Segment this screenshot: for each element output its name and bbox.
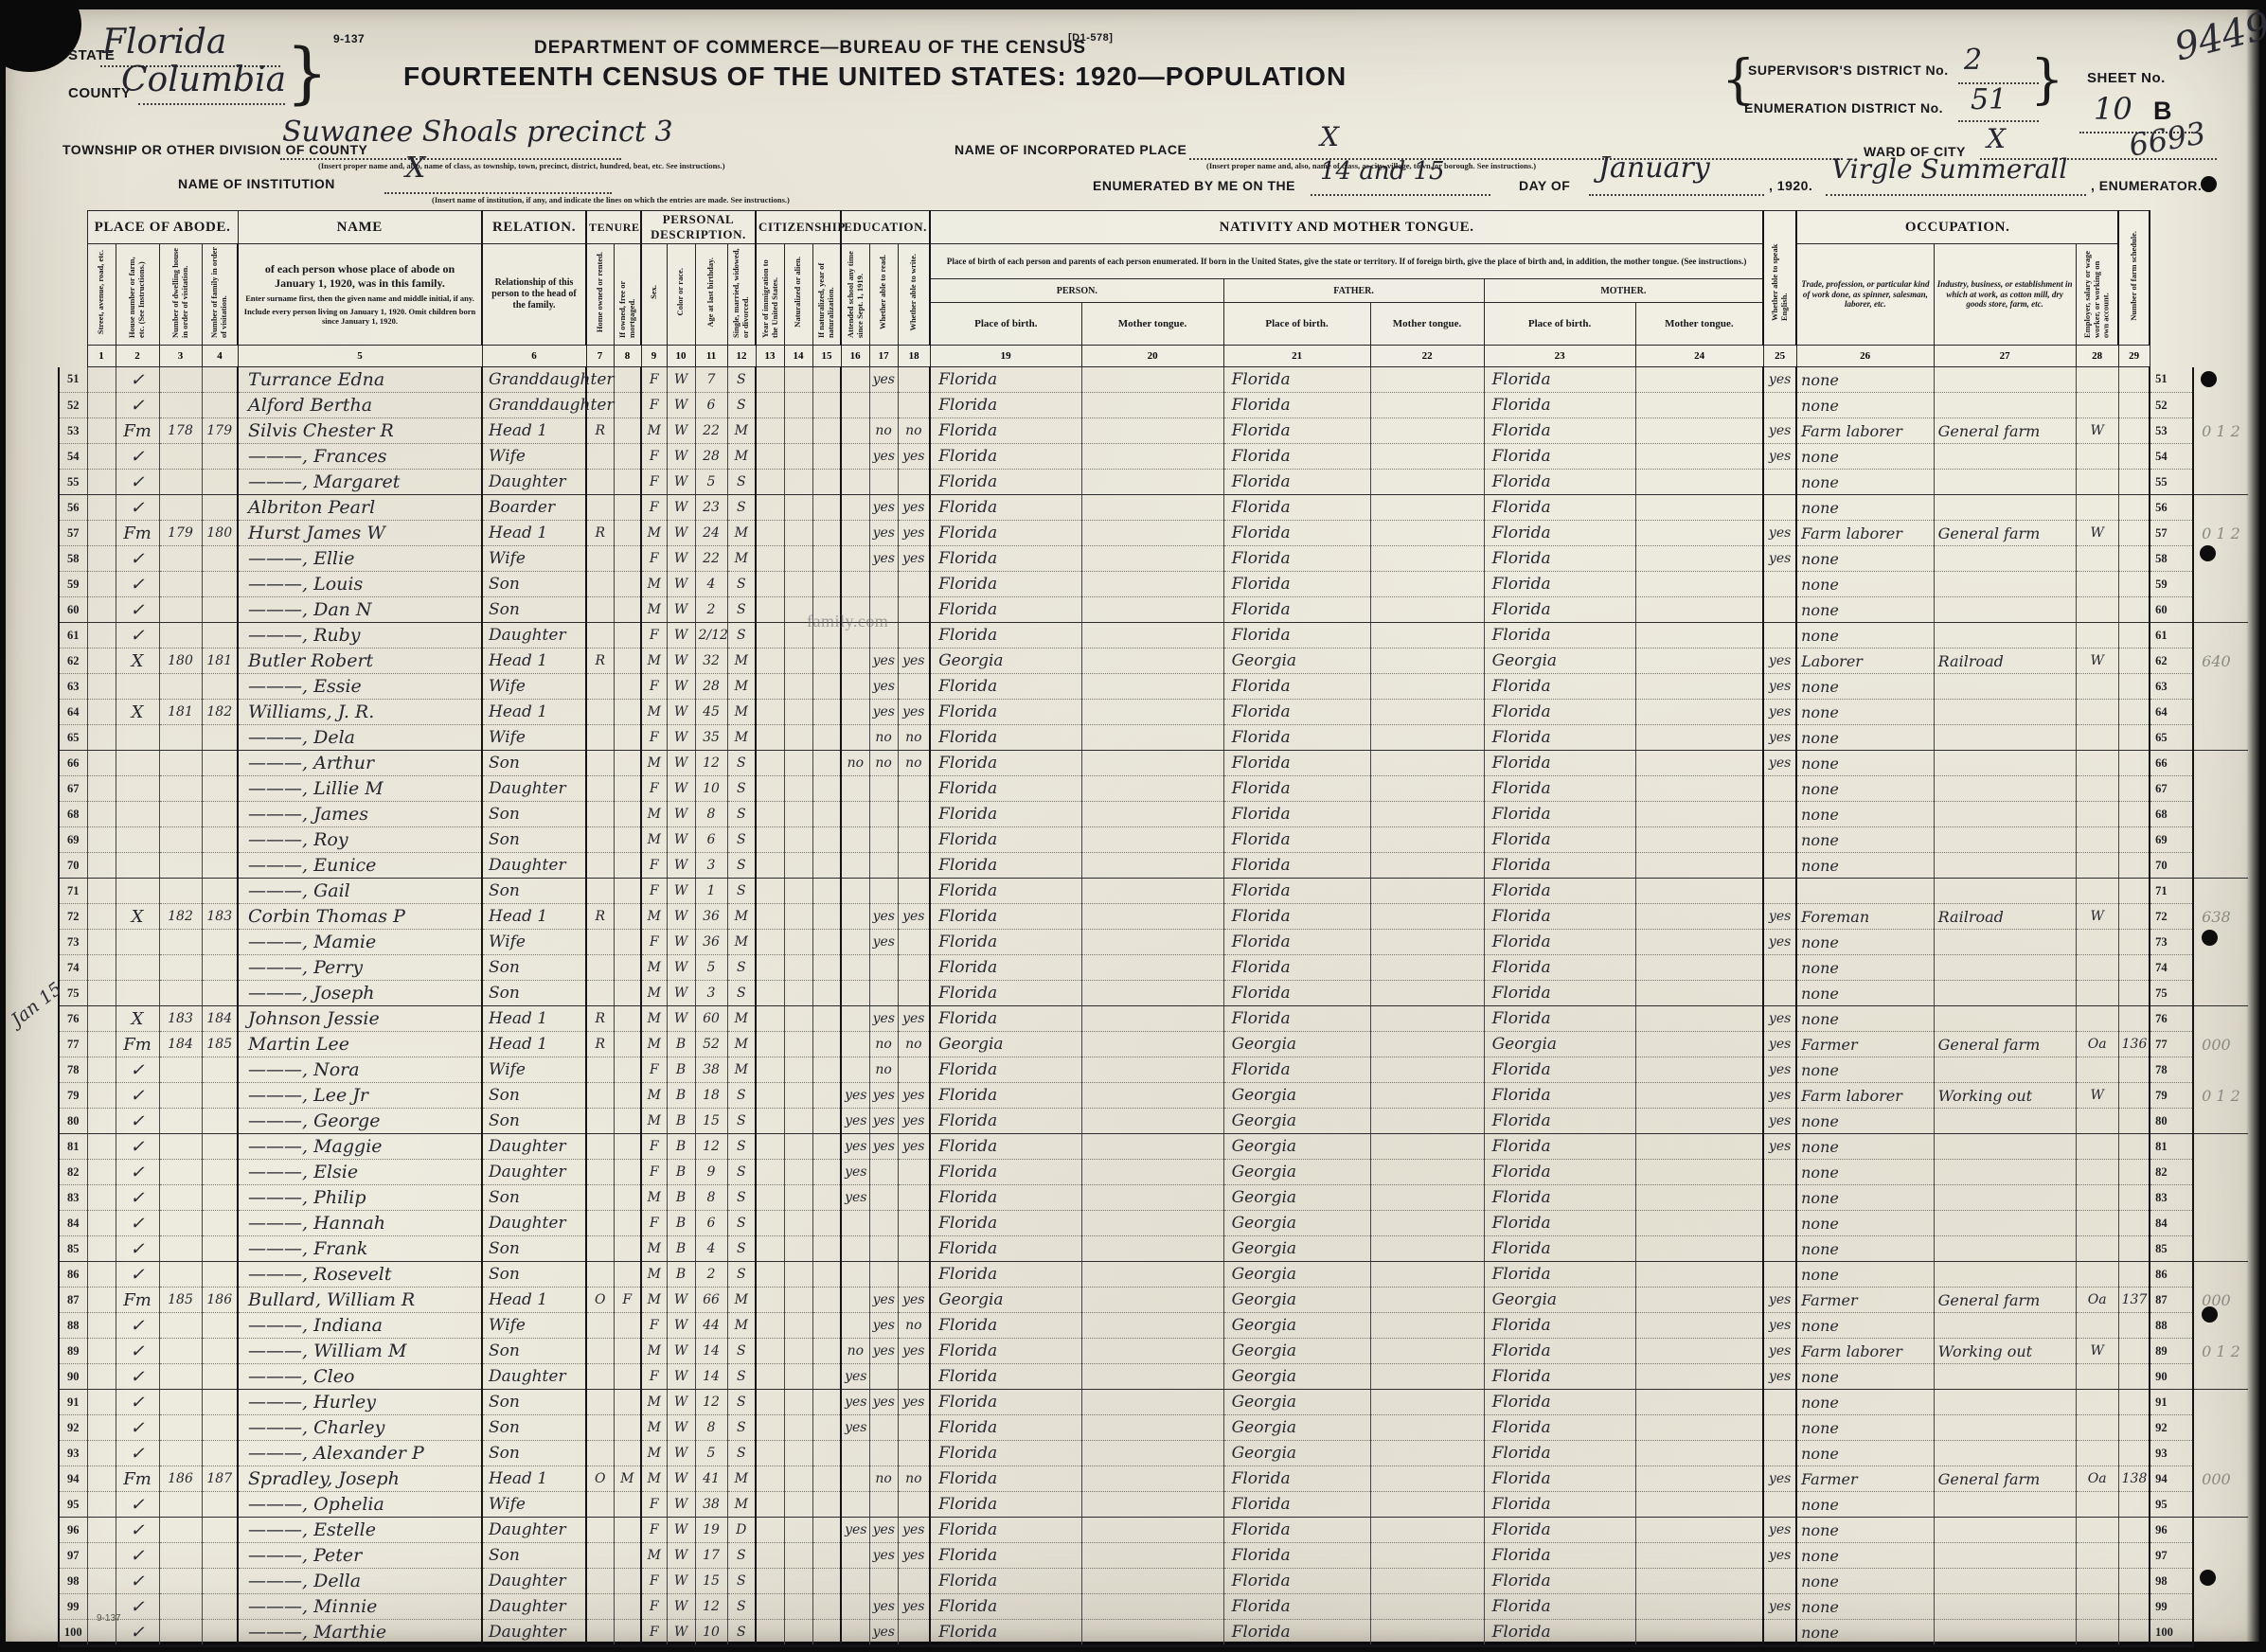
cell-employer-class [2076, 1569, 2118, 1594]
cell-naturalized [784, 879, 812, 904]
cell-mother-mother-tongue [1635, 1160, 1763, 1185]
paper-sheet: 9-137 [D1-578] STATE Florida COUNTY Colu… [6, 9, 2259, 1642]
cell-naturalization-year [812, 981, 841, 1006]
cell-person-mother-tongue [1081, 1339, 1223, 1364]
cell-relation: Head 1 [482, 418, 586, 444]
cell-house-number [116, 879, 159, 904]
cell-naturalization-year [812, 1083, 841, 1109]
cell-employer-class: W [2076, 521, 2118, 546]
cell-person-mother-tongue [1081, 904, 1223, 930]
cell-house-number [116, 981, 159, 1006]
pencil-margin-note: 0 1 2 [2193, 1339, 2248, 1364]
pencil-margin-note [2193, 1236, 2248, 1262]
cell-father-mother-tongue [1370, 1288, 1484, 1313]
cell-marital-status: D [727, 1518, 756, 1543]
cell-marital-status: S [727, 879, 756, 904]
district-brace-right: } [2030, 49, 2064, 111]
cell-home-owned-rented [586, 1415, 614, 1441]
cell-able-to-write [898, 1211, 930, 1236]
cell-person-birthplace: Florida [930, 879, 1081, 904]
cell-owned-free-mortgaged [614, 1109, 641, 1134]
line-number-right: 98 [2150, 1569, 2193, 1594]
cell-owned-free-mortgaged [614, 1032, 641, 1057]
cell-person-birthplace: Florida [930, 1160, 1081, 1185]
line-number-left: 65 [59, 725, 87, 751]
cell-attended-school [841, 930, 869, 955]
punch-hole [2200, 545, 2216, 561]
column-number-26: 26 [1796, 346, 1934, 367]
cell-age: 2 [695, 1262, 727, 1288]
cell-person-birthplace: Florida [930, 751, 1081, 776]
cell-dwelling-number [159, 879, 202, 904]
cell-speak-english [1763, 1236, 1796, 1262]
cell-person-mother-tongue [1081, 1288, 1223, 1313]
cell-family-number [202, 930, 238, 955]
column-number-4: 4 [202, 346, 238, 367]
column-number-11: 11 [695, 346, 727, 367]
cell-dwelling-number [159, 1262, 202, 1288]
cell-mother-mother-tongue [1635, 904, 1763, 930]
cell-house-number [116, 751, 159, 776]
cell-able-to-write [898, 930, 930, 955]
cell-occupation [1796, 879, 1934, 904]
cell-naturalization-year [812, 470, 841, 495]
cell-mother-mother-tongue [1635, 1134, 1763, 1160]
cell-home-owned-rented [586, 1134, 614, 1160]
cell-attended-school: yes [841, 1185, 869, 1211]
cell-home-owned-rented: R [586, 648, 614, 674]
cell-person-mother-tongue [1081, 1594, 1223, 1620]
person-mother-tongue-header: Mother tongue. [1081, 303, 1223, 346]
cell-color-race: B [667, 1057, 695, 1083]
cell-able-to-write: yes [898, 1594, 930, 1620]
cell-dwelling-number [159, 1441, 202, 1466]
census-row-line-86: 86✓———, RoseveltSonMB2SFloridaGeorgiaFlo… [59, 1262, 2248, 1288]
pencil-margin-note [2193, 1594, 2248, 1620]
cell-color-race: W [667, 1518, 695, 1543]
pencil-margin-header [2193, 211, 2248, 367]
cell-immigration-year [756, 367, 784, 393]
cell-employer-class [2076, 572, 2118, 597]
cell-color-race: W [667, 1288, 695, 1313]
cell-mother-mother-tongue [1635, 546, 1763, 572]
cell-farm-schedule [2118, 444, 2150, 470]
cell-dwelling-number [159, 1364, 202, 1390]
cell-speak-english: yes [1763, 1466, 1796, 1492]
census-row-line-56: 56✓Albriton PearlBoarderFW23SyesyesFlori… [59, 495, 2248, 521]
cell-father-mother-tongue [1370, 674, 1484, 700]
cell-industry [1934, 572, 2076, 597]
cell-street [87, 853, 116, 879]
cell-mother-mother-tongue [1635, 1083, 1763, 1109]
cell-industry: General farm [1934, 1466, 2076, 1492]
ward-value: X [1987, 123, 2006, 154]
cell-owned-free-mortgaged [614, 1083, 641, 1109]
cell-sex: M [641, 1390, 667, 1415]
punch-hole [2201, 176, 2217, 192]
cell-naturalization-year [812, 1160, 841, 1185]
line-number-right: 52 [2150, 393, 2193, 418]
cell-father-mother-tongue [1370, 776, 1484, 802]
cell-person-mother-tongue [1081, 495, 1223, 521]
cell-industry [1934, 1390, 2076, 1415]
cell-marital-status: S [727, 1620, 756, 1646]
cell-home-owned-rented [586, 674, 614, 700]
cell-naturalized [784, 1543, 812, 1569]
cell-farm-schedule [2118, 1415, 2150, 1441]
line-number-right: 97 [2150, 1543, 2193, 1569]
cell-mother-mother-tongue [1635, 1492, 1763, 1518]
nativity-description: Place of birth of each person and parent… [930, 244, 1763, 279]
cell-relation: Wife [482, 1492, 586, 1518]
cell-age: 15 [695, 1569, 727, 1594]
cell-naturalized [784, 1594, 812, 1620]
cell-house-number: ✓ [116, 1441, 159, 1466]
cell-name: ———, William M [238, 1339, 482, 1364]
cell-immigration-year [756, 597, 784, 623]
cell-employer-class [2076, 623, 2118, 648]
cell-immigration-year [756, 1313, 784, 1339]
cell-naturalization-year [812, 546, 841, 572]
cell-mother-mother-tongue [1635, 1620, 1763, 1646]
cell-able-to-write [898, 1185, 930, 1211]
cell-owned-free-mortgaged [614, 1594, 641, 1620]
cell-family-number [202, 1569, 238, 1594]
cell-marital-status: S [727, 1569, 756, 1594]
cell-person-birthplace: Florida [930, 444, 1081, 470]
cell-naturalized [784, 700, 812, 725]
cell-family-number [202, 470, 238, 495]
cell-attended-school [841, 853, 869, 879]
cell-naturalized [784, 521, 812, 546]
cell-naturalization-year [812, 1057, 841, 1083]
cell-speak-english [1763, 1569, 1796, 1594]
day-of-label: DAY OF [1519, 178, 1570, 193]
cell-name: ———, Marthie [238, 1620, 482, 1646]
cell-person-birthplace: Florida [930, 1057, 1081, 1083]
cell-sex: M [641, 1032, 667, 1057]
cell-street [87, 648, 116, 674]
cell-farm-schedule [2118, 1109, 2150, 1134]
cell-father-birthplace: Florida [1223, 546, 1370, 572]
cell-immigration-year [756, 1083, 784, 1109]
cell-mother-birthplace: Florida [1484, 751, 1635, 776]
cell-father-mother-tongue [1370, 751, 1484, 776]
cell-relation: Daughter [482, 470, 586, 495]
cell-house-number: ✓ [116, 1339, 159, 1364]
cell-person-mother-tongue [1081, 981, 1223, 1006]
institution-label: NAME OF INSTITUTION [178, 176, 335, 191]
cell-able-to-write [898, 955, 930, 981]
cell-able-to-read [869, 776, 898, 802]
cell-naturalized [784, 1313, 812, 1339]
cell-family-number [202, 572, 238, 597]
column-number-29: 29 [2118, 346, 2150, 367]
cell-naturalization-year [812, 1441, 841, 1466]
cell-farm-schedule [2118, 802, 2150, 827]
cell-mother-mother-tongue [1635, 1364, 1763, 1390]
cell-street [87, 776, 116, 802]
cell-relation: Daughter [482, 776, 586, 802]
cell-employer-class [2076, 1543, 2118, 1569]
cell-industry [1934, 495, 2076, 521]
cell-employer-class [2076, 1262, 2118, 1288]
sheet-label: SHEET No. [2087, 70, 2166, 86]
cell-immigration-year [756, 1518, 784, 1543]
cell-employer-class [2076, 1390, 2118, 1415]
cell-person-birthplace: Florida [930, 1415, 1081, 1441]
cell-attended-school: yes [841, 1364, 869, 1390]
cell-attended-school: yes [841, 1160, 869, 1185]
cell-able-to-write: yes [898, 1518, 930, 1543]
cell-person-birthplace: Florida [930, 1620, 1081, 1646]
cell-name: ———, Ruby [238, 623, 482, 648]
cell-relation: Daughter [482, 1594, 586, 1620]
cell-occupation: none [1796, 1236, 1934, 1262]
cell-father-mother-tongue [1370, 1236, 1484, 1262]
column-number-19: 19 [930, 346, 1081, 367]
cell-employer-class [2076, 470, 2118, 495]
cell-age: 6 [695, 393, 727, 418]
cell-color-race: W [667, 1339, 695, 1364]
census-row-line-70: 70———, EuniceDaughterFW3SFloridaFloridaF… [59, 853, 2248, 879]
line-number-left: 69 [59, 827, 87, 853]
cell-color-race: W [667, 1415, 695, 1441]
year-label: , 1920. [1769, 178, 1812, 193]
cell-father-birthplace: Florida [1223, 1057, 1370, 1083]
cell-street [87, 1364, 116, 1390]
cell-able-to-read: yes [869, 1006, 898, 1032]
cell-age: 10 [695, 1620, 727, 1646]
cell-able-to-write: yes [898, 1339, 930, 1364]
cell-owned-free-mortgaged [614, 393, 641, 418]
cell-naturalized [784, 1518, 812, 1543]
cell-name: ———, Lee Jr [238, 1083, 482, 1109]
cell-street [87, 1160, 116, 1185]
cell-home-owned-rented [586, 1620, 614, 1646]
cell-sex: F [641, 1518, 667, 1543]
cell-color-race: W [667, 1569, 695, 1594]
cell-able-to-read: no [869, 1466, 898, 1492]
cell-age: 66 [695, 1288, 727, 1313]
cell-mother-mother-tongue [1635, 674, 1763, 700]
cell-father-mother-tongue [1370, 393, 1484, 418]
cell-person-birthplace: Florida [930, 1109, 1081, 1134]
column-number-8: 8 [614, 346, 641, 367]
cell-farm-schedule [2118, 546, 2150, 572]
cell-person-birthplace: Florida [930, 597, 1081, 623]
cell-mother-mother-tongue [1635, 1288, 1763, 1313]
cell-farm-schedule [2118, 623, 2150, 648]
cell-father-mother-tongue [1370, 597, 1484, 623]
cell-mother-mother-tongue [1635, 700, 1763, 725]
cell-father-mother-tongue [1370, 1466, 1484, 1492]
cell-father-mother-tongue [1370, 1543, 1484, 1569]
enumeration-district-value: 51 [1971, 83, 2007, 116]
cell-street [87, 1492, 116, 1518]
line-number-right: 62 [2150, 648, 2193, 674]
cell-naturalized [784, 393, 812, 418]
line-number-right: 91 [2150, 1390, 2193, 1415]
line-number-left: 81 [59, 1134, 87, 1160]
group-personal-description: PERSONAL DESCRIPTION. [641, 211, 756, 244]
cell-industry [1934, 1594, 2076, 1620]
cell-father-mother-tongue [1370, 1441, 1484, 1466]
cell-occupation: none [1796, 853, 1934, 879]
cell-owned-free-mortgaged [614, 751, 641, 776]
cell-marital-status: S [727, 623, 756, 648]
line-number-left: 83 [59, 1185, 87, 1211]
line-number-left: 84 [59, 1211, 87, 1236]
cell-able-to-read [869, 1160, 898, 1185]
cell-sex: M [641, 981, 667, 1006]
cell-sex: F [641, 1569, 667, 1594]
cell-street [87, 1211, 116, 1236]
census-scan-page: { "header": { "form_number": "9-137", "p… [0, 0, 2266, 1652]
census-row-line-92: 92✓———, CharleySonMW8SyesFloridaGeorgiaF… [59, 1415, 2248, 1441]
cell-mother-birthplace: Florida [1484, 827, 1635, 853]
cell-speak-english [1763, 1390, 1796, 1415]
cell-person-birthplace: Florida [930, 955, 1081, 981]
cell-employer-class [2076, 674, 2118, 700]
line-number-right: 78 [2150, 1057, 2193, 1083]
cell-able-to-read [869, 827, 898, 853]
col-header-family-number: Number of family in order of visitation. [202, 244, 238, 346]
cell-father-mother-tongue [1370, 725, 1484, 751]
cell-naturalized [784, 444, 812, 470]
cell-color-race: W [667, 572, 695, 597]
cell-speak-english [1763, 853, 1796, 879]
cell-occupation: none [1796, 1134, 1934, 1160]
cell-industry [1934, 1620, 2076, 1646]
cell-family-number [202, 495, 238, 521]
cell-occupation: none [1796, 700, 1934, 725]
line-number-left: 72 [59, 904, 87, 930]
cell-industry [1934, 1057, 2076, 1083]
cell-mother-birthplace: Florida [1484, 1518, 1635, 1543]
cell-able-to-read: yes [869, 1134, 898, 1160]
subgroup-person: PERSON. [930, 279, 1223, 303]
cell-dwelling-number [159, 1083, 202, 1109]
cell-color-race: B [667, 1211, 695, 1236]
cell-age: 45 [695, 700, 727, 725]
cell-owned-free-mortgaged [614, 418, 641, 444]
cell-color-race: W [667, 495, 695, 521]
col-header-farm-schedule: Number of farm schedule. [2118, 211, 2150, 346]
cell-mother-mother-tongue [1635, 1211, 1763, 1236]
cell-father-birthplace: Georgia [1223, 1339, 1370, 1364]
cell-immigration-year [756, 879, 784, 904]
col-header-dwelling-number: Number of dwelling house in order of vis… [159, 244, 202, 346]
cell-sex: M [641, 1083, 667, 1109]
cell-able-to-read: yes [869, 1109, 898, 1134]
cell-age: 24 [695, 521, 727, 546]
cell-name: Williams, J. R. [238, 700, 482, 725]
cell-speak-english [1763, 597, 1796, 623]
cell-able-to-write: yes [898, 1288, 930, 1313]
cell-naturalized [784, 955, 812, 981]
pencil-margin-note [2193, 802, 2248, 827]
line-number-left: 70 [59, 853, 87, 879]
cell-employer-class [2076, 1364, 2118, 1390]
cell-home-owned-rented [586, 1160, 614, 1185]
cell-farm-schedule [2118, 521, 2150, 546]
line-number-right: 92 [2150, 1415, 2193, 1441]
census-row-line-69: 69———, RoySonMW6SFloridaFloridaFloridano… [59, 827, 2248, 853]
census-row-line-73: 73———, MamieWifeFW36MyesFloridaFloridaFl… [59, 930, 2248, 955]
line-number-right: 71 [2150, 879, 2193, 904]
cell-farm-schedule [2118, 1543, 2150, 1569]
cell-color-race: W [667, 623, 695, 648]
cell-immigration-year [756, 725, 784, 751]
cell-farm-schedule [2118, 725, 2150, 751]
cell-father-mother-tongue [1370, 930, 1484, 955]
pencil-margin-note [2193, 1185, 2248, 1211]
cell-father-birthplace: Georgia [1223, 1236, 1370, 1262]
line-number-right: 87 [2150, 1288, 2193, 1313]
cell-street [87, 930, 116, 955]
cell-owned-free-mortgaged [614, 1134, 641, 1160]
cell-dwelling-number [159, 1109, 202, 1134]
cell-name: ———, Cleo [238, 1364, 482, 1390]
cell-name: ———, Frank [238, 1236, 482, 1262]
cell-occupation: Farmer [1796, 1288, 1934, 1313]
line-number-left: 80 [59, 1109, 87, 1134]
cell-relation: Head 1 [482, 1466, 586, 1492]
cell-street [87, 1518, 116, 1543]
cell-speak-english: yes [1763, 418, 1796, 444]
cell-name: ———, Indiana [238, 1313, 482, 1339]
cell-owned-free-mortgaged [614, 955, 641, 981]
cell-marital-status: M [727, 444, 756, 470]
cell-home-owned-rented [586, 444, 614, 470]
cell-attended-school [841, 1313, 869, 1339]
cell-mother-mother-tongue [1635, 725, 1763, 751]
cell-immigration-year [756, 495, 784, 521]
cell-able-to-write: yes [898, 1083, 930, 1109]
cell-farm-schedule [2118, 1134, 2150, 1160]
cell-able-to-read [869, 1185, 898, 1211]
cell-home-owned-rented [586, 1109, 614, 1134]
column-number-24: 24 [1635, 346, 1763, 367]
cell-father-birthplace: Georgia [1223, 1032, 1370, 1057]
cell-industry [1934, 393, 2076, 418]
cell-occupation: Farm laborer [1796, 521, 1934, 546]
cell-person-birthplace: Florida [930, 470, 1081, 495]
cell-name: Hurst James W [238, 521, 482, 546]
cell-farm-schedule [2118, 1620, 2150, 1646]
cell-mother-birthplace: Florida [1484, 1109, 1635, 1134]
cell-occupation: Farmer [1796, 1032, 1934, 1057]
census-row-line-72: 72X182183Corbin Thomas PHead 1RMW36Myesy… [59, 904, 2248, 930]
cell-mother-mother-tongue [1635, 1441, 1763, 1466]
cell-person-mother-tongue [1081, 1211, 1223, 1236]
cell-relation: Son [482, 1441, 586, 1466]
line-number-left: 93 [59, 1441, 87, 1466]
cell-person-mother-tongue [1081, 1313, 1223, 1339]
cell-employer-class: Oa [2076, 1032, 2118, 1057]
cell-age: 1 [695, 879, 727, 904]
cell-able-to-read [869, 879, 898, 904]
cell-naturalized [784, 1032, 812, 1057]
department-line: DEPARTMENT OF COMMERCE—BUREAU OF THE CEN… [534, 38, 1086, 59]
cell-father-mother-tongue [1370, 521, 1484, 546]
enumerated-by-label: ENUMERATED BY ME ON THE [1093, 178, 1295, 193]
cell-mother-mother-tongue [1635, 853, 1763, 879]
cell-able-to-read [869, 470, 898, 495]
cell-father-birthplace: Florida [1223, 776, 1370, 802]
column-number-row: 1234567891011121314151617181920212223242… [59, 346, 2248, 367]
